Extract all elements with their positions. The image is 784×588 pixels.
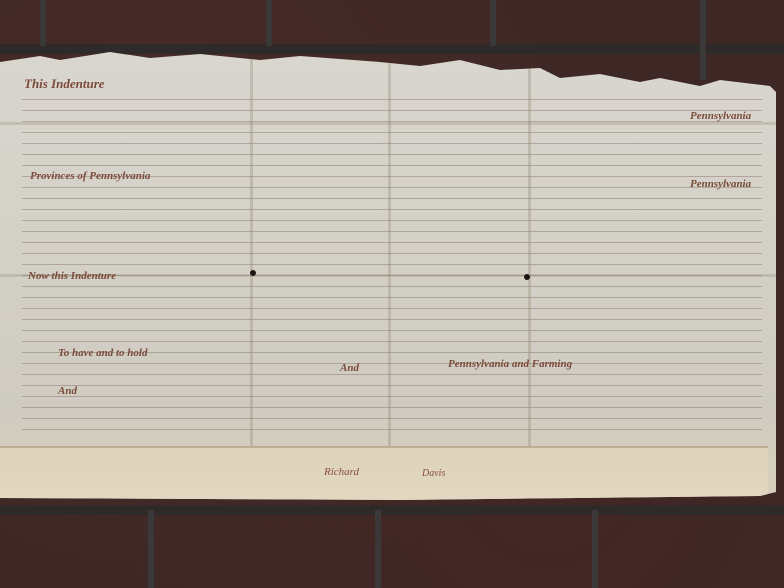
heading: And bbox=[340, 362, 359, 374]
fold-crease bbox=[0, 274, 776, 277]
heading: Provinces of Pennsylvania bbox=[30, 170, 150, 182]
mortar-line bbox=[375, 510, 381, 588]
document-fold-strip: Richard Davis bbox=[0, 446, 768, 500]
heading: Pennsylvania and Farming bbox=[448, 358, 572, 370]
fold-crease bbox=[0, 122, 776, 125]
mortar-line bbox=[40, 0, 46, 46]
signature-last: Davis bbox=[422, 468, 445, 479]
mortar-line bbox=[266, 0, 272, 46]
mortar-line bbox=[0, 44, 784, 54]
handwritten-text-body bbox=[22, 92, 762, 440]
mortar-line bbox=[592, 510, 598, 588]
punch-hole bbox=[524, 274, 530, 280]
heading: Pennsylvania bbox=[690, 178, 751, 190]
fold-crease bbox=[528, 52, 531, 450]
opening-heading: This Indenture bbox=[24, 76, 105, 92]
mortar-line bbox=[490, 0, 496, 46]
mortar-line bbox=[0, 505, 784, 515]
signature-first: Richard bbox=[324, 466, 359, 478]
heading: Pennsylvania bbox=[690, 110, 751, 122]
fold-crease bbox=[388, 52, 391, 450]
indenture-document: This Indenture Pennsylvania Pennsylvania… bbox=[0, 52, 776, 500]
fold-crease bbox=[250, 52, 253, 450]
heading: And bbox=[58, 385, 77, 397]
mortar-line bbox=[700, 0, 706, 80]
mortar-line bbox=[148, 510, 154, 588]
heading: To have and to hold bbox=[58, 347, 147, 359]
heading: Now this Indenture bbox=[28, 270, 116, 282]
punch-hole bbox=[250, 270, 256, 276]
